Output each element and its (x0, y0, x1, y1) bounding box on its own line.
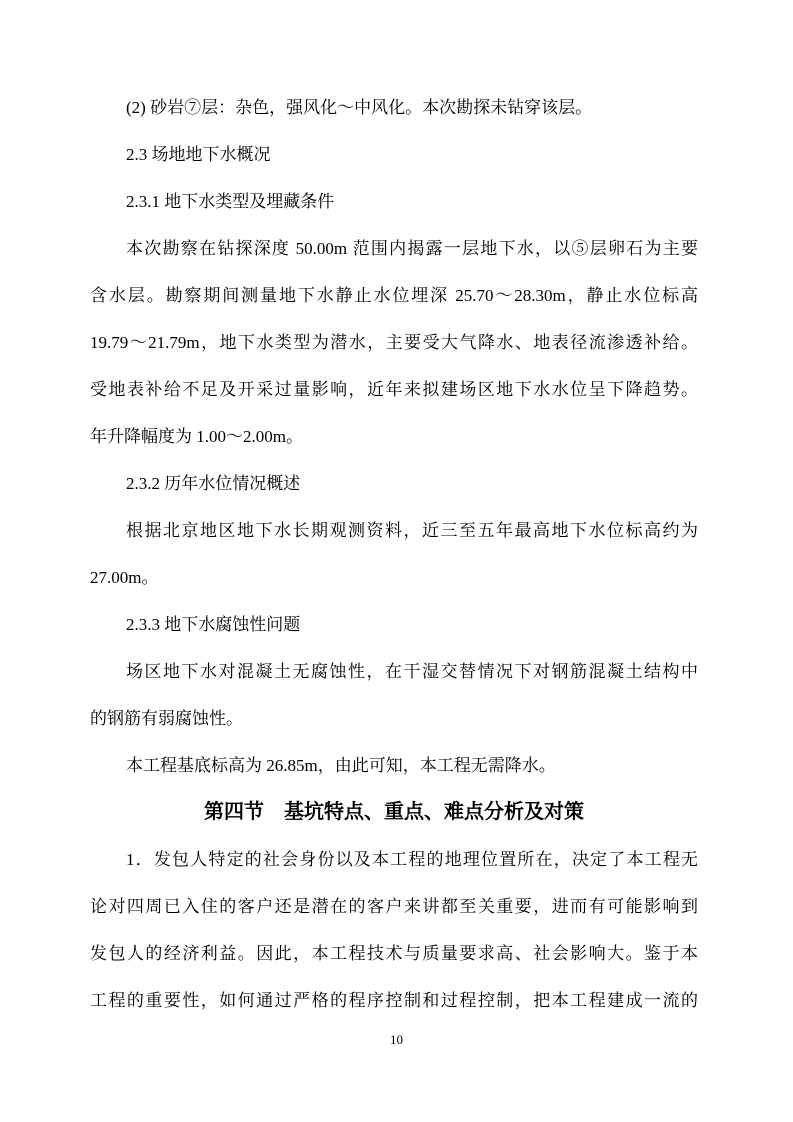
text-line: 场区地下水对混凝土无腐蚀性，在干湿交替情况下对钢筋混凝土结构中 (90, 648, 698, 695)
text-line: 根据北京地区地下水长期观测资料，近三至五年最高地下水位标高约为 (90, 507, 698, 554)
subsection-title: 2.3 场地地下水概况 (90, 131, 698, 178)
section-heading: 第四节 基坑特点、重点、难点分析及对策 (90, 789, 698, 836)
text-line: 含水层。勘察期间测量地下水静止水位埋深 25.70～28.30m，静止水位标高 (90, 272, 698, 319)
text-line: 1．发包人特定的社会身份以及本工程的地理位置所在，决定了本工程无 (90, 836, 698, 883)
text-line: 本次勘察在钻探深度 50.00m 范围内揭露一层地下水，以⑤层卵石为主要 (90, 225, 698, 272)
text-line: (2) 砂岩⑦层：杂色，强风化～中风化。本次勘探未钻穿该层。 (90, 84, 698, 131)
text-line: 发包人的经济利益。因此，本工程技术与质量要求高、社会影响大。鉴于本 (90, 930, 698, 977)
text-line: 本工程基底标高为 26.85m，由此可知，本工程无需降水。 (90, 742, 698, 789)
page-footer: 10 (0, 1030, 793, 1050)
text-line: 的钢筋有弱腐蚀性。 (90, 695, 698, 742)
document-body: (2) 砂岩⑦层：杂色，强风化～中风化。本次勘探未钻穿该层。 2.3 场地地下水… (90, 84, 698, 1024)
text-line: 工程的重要性，如何通过严格的程序控制和过程控制，把本工程建成一流的 (90, 977, 698, 1024)
text-line: 27.00m。 (90, 554, 698, 601)
subsection-title: 2.3.2 历年水位情况概述 (90, 460, 698, 507)
document-page: (2) 砂岩⑦层：杂色，强风化～中风化。本次勘探未钻穿该层。 2.3 场地地下水… (0, 0, 793, 1122)
text-line: 受地表补给不足及开采过量影响，近年来拟建场区地下水水位呈下降趋势。 (90, 366, 698, 413)
text-line: 年升降幅度为 1.00～2.00m。 (90, 413, 698, 460)
page-number: 10 (390, 1032, 403, 1047)
subsection-title: 2.3.3 地下水腐蚀性问题 (90, 601, 698, 648)
text-line: 19.79～21.79m，地下水类型为潜水，主要受大气降水、地表径流渗透补给。 (90, 319, 698, 366)
subsection-title: 2.3.1 地下水类型及埋藏条件 (90, 178, 698, 225)
text-line: 论对四周已入住的客户还是潜在的客户来讲都至关重要，进而有可能影响到 (90, 883, 698, 930)
